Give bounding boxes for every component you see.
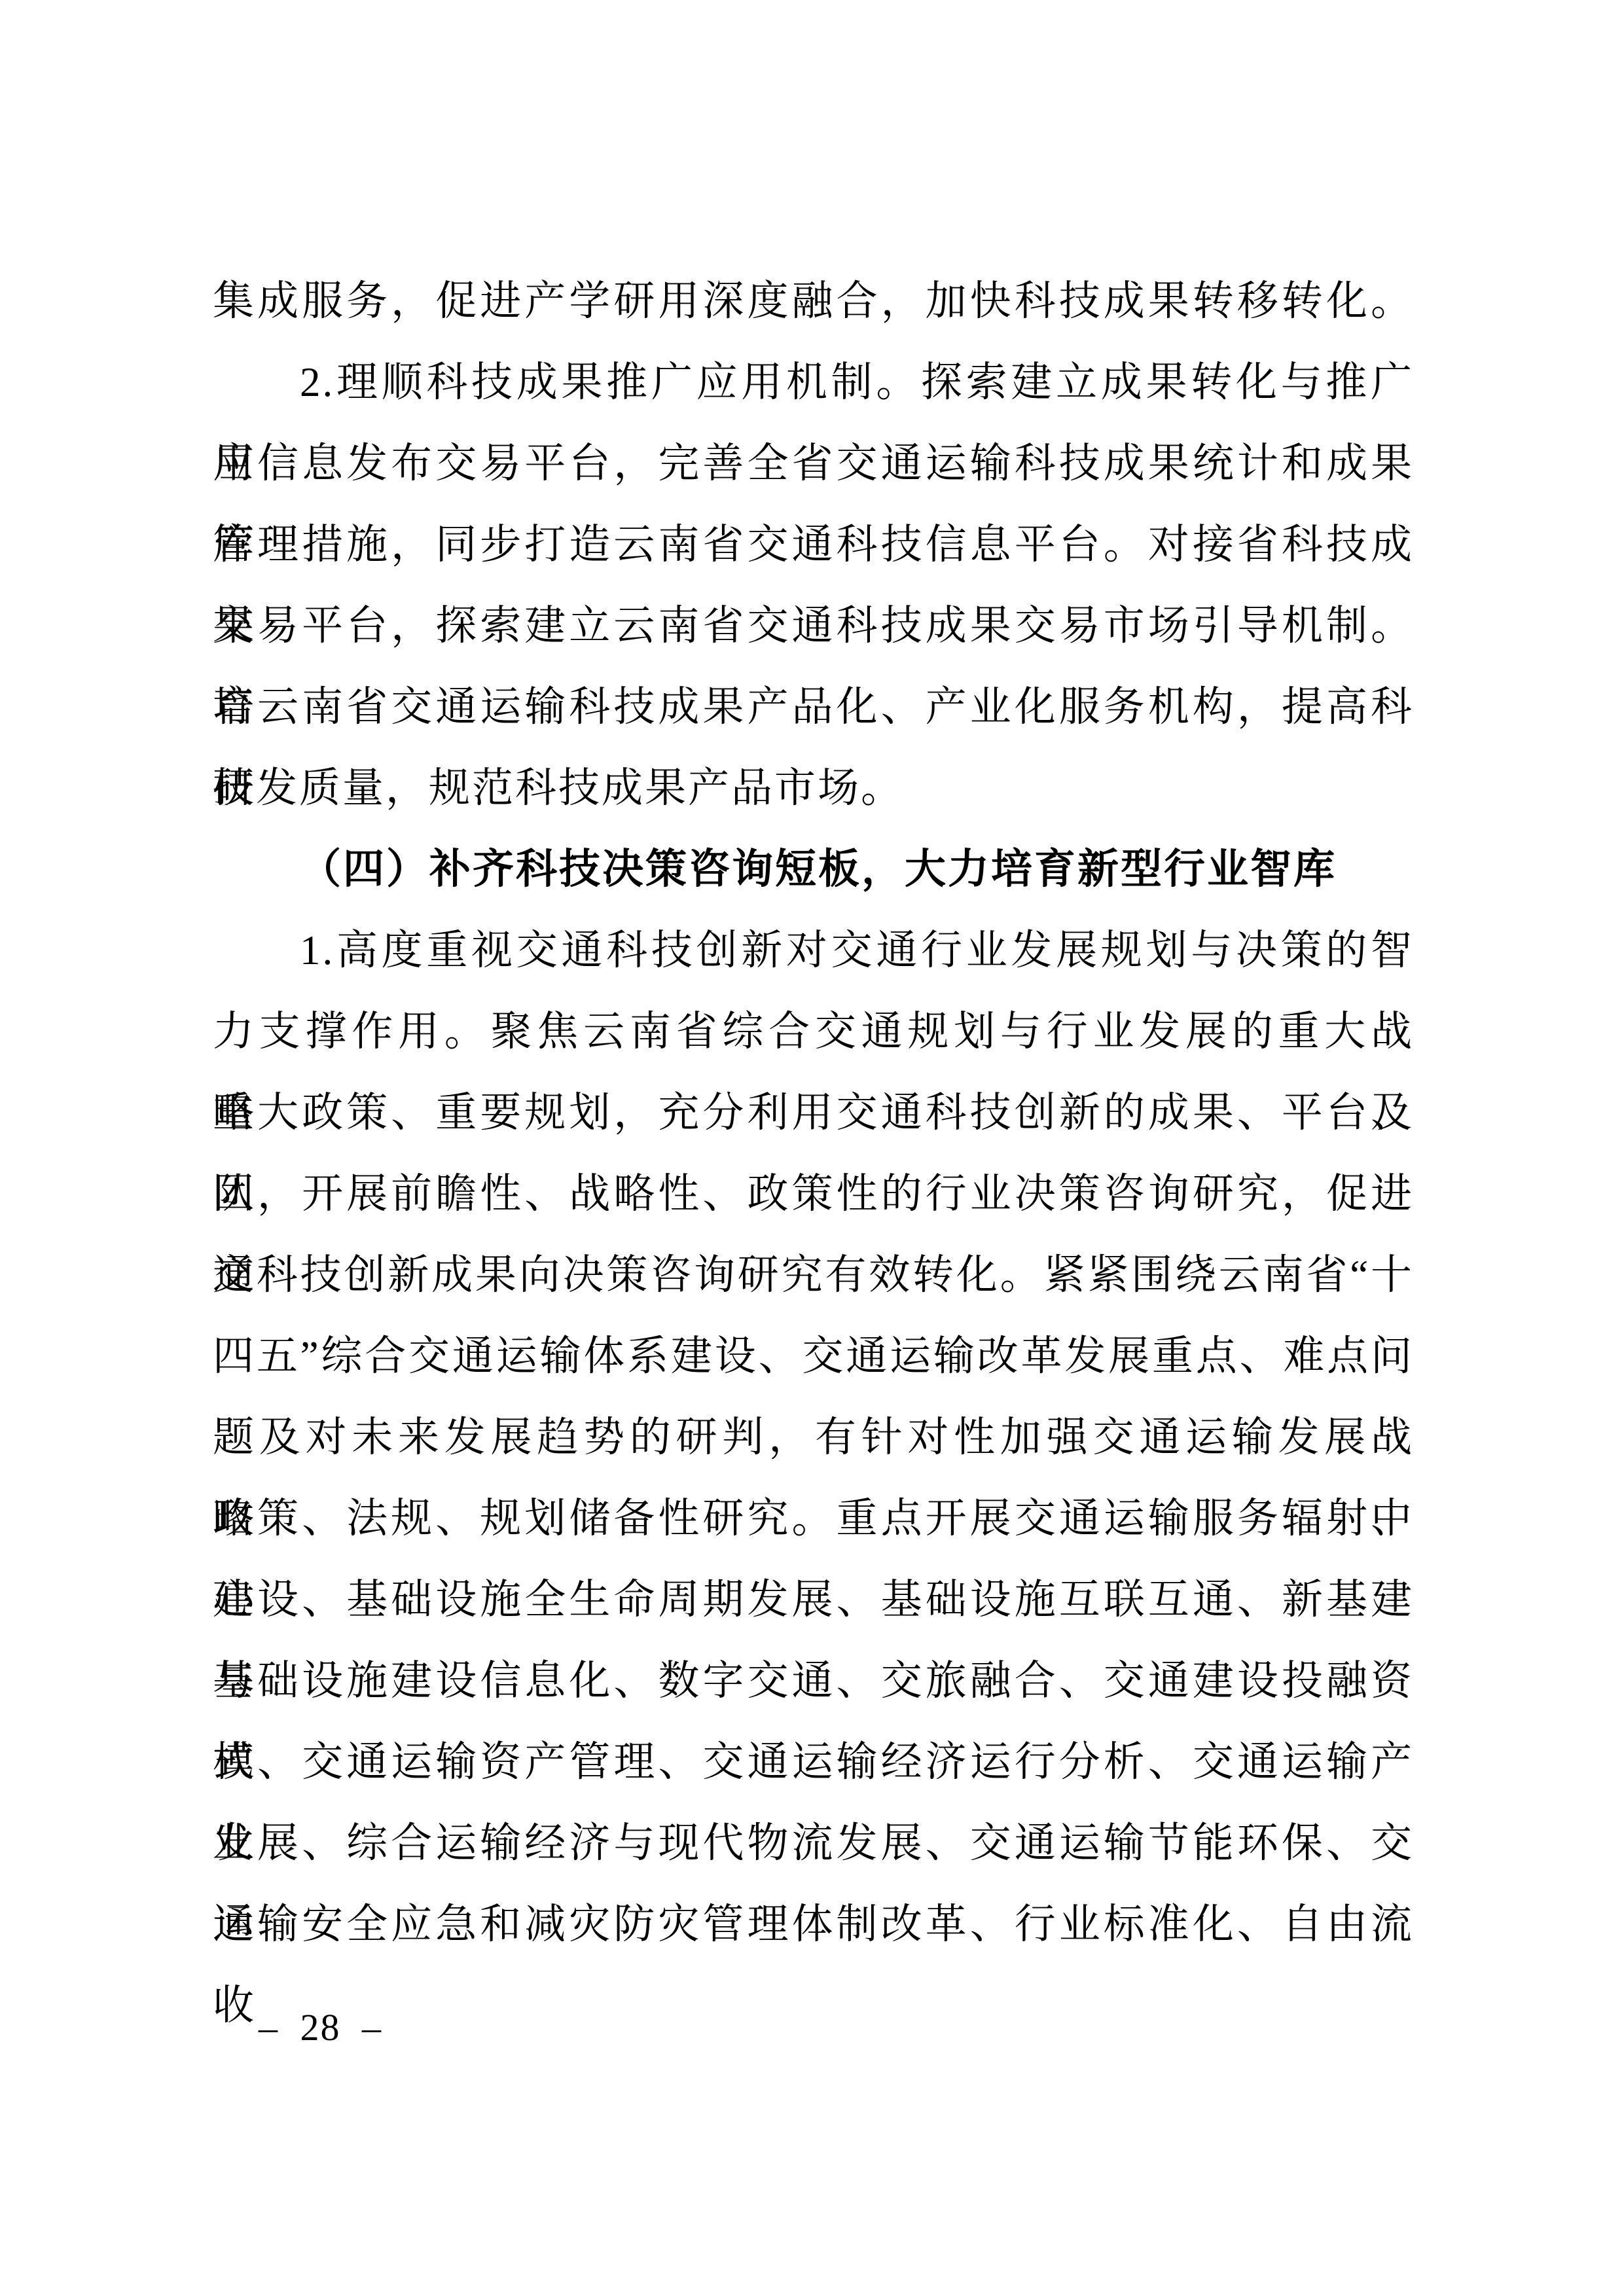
text-line: 重大政策、重要规划，充分利用交通科技创新的成果、平台及团	[213, 1072, 1414, 1153]
text-line: 2.理顺科技成果推广应用机制。探索建立成果转化与推广应	[213, 342, 1414, 423]
text-line: 队，开展前瞻性、战略性、政策性的行业决策咨询研究，促进交	[213, 1153, 1414, 1234]
text-line: 集成服务，促进产学研用深度融合，加快科技成果转移转化。	[213, 260, 1414, 342]
text-line: 用信息发布交易平台，完善全省交通运输科技成果统计和成果库	[213, 423, 1414, 504]
text-line: 交易平台，探索建立云南省交通科技成果交易市场引导机制。培	[213, 585, 1414, 666]
text-line: 运输安全应急和减灾防灾管理体制改革、行业标准化、自由流收	[213, 1884, 1414, 1965]
page-footer: – 28 –	[259, 2001, 382, 2054]
text-line: 发展、综合运输经济与现代物流发展、交通运输节能环保、交通	[213, 1803, 1414, 1884]
text-line: 研发质量，规范科技成果产品市场。	[213, 747, 1414, 829]
text-line: 题及对未来发展趋势的研判，有针对性加强交通运输发展战略、	[213, 1397, 1414, 1478]
text-line: 四五”综合交通运输体系建设、交通运输改革发展重点、难点问	[213, 1316, 1414, 1397]
text-line: 基础设施建设信息化、数字交通、交旅融合、交通建设投融资模	[213, 1640, 1414, 1721]
page-number: – 28 –	[259, 2006, 382, 2049]
text-line: 1.高度重视交通科技创新对交通行业发展规划与决策的智	[213, 910, 1414, 991]
document-page: 集成服务，促进产学研用深度融合，加快科技成果转移转化。 2.理顺科技成果推广应用…	[0, 0, 1624, 2296]
text-line: 力支撑作用。聚焦云南省综合交通规划与行业发展的重大战略、	[213, 991, 1414, 1072]
text-line: 式、交通运输资产管理、交通运输经济运行分析、交通运输产业	[213, 1721, 1414, 1803]
text-line: 政策、法规、规划储备性研究。重点开展交通运输服务辐射中心	[213, 1478, 1414, 1559]
document-body: 集成服务，促进产学研用深度融合，加快科技成果转移转化。 2.理顺科技成果推广应用…	[213, 260, 1414, 1965]
text-line: 管理措施，同步打造云南省交通科技信息平台。对接省科技成果	[213, 504, 1414, 585]
text-line: 建设、基础设施全生命周期发展、基础设施互联互通、新基建与	[213, 1559, 1414, 1640]
text-line: 通科技创新成果向决策咨询研究有效转化。紧紧围绕云南省“十	[213, 1234, 1414, 1316]
text-line: 育云南省交通运输科技成果产品化、产业化服务机构，提高科技	[213, 666, 1414, 747]
section-heading: （四）补齐科技决策咨询短板，大力培育新型行业智库	[213, 829, 1414, 910]
